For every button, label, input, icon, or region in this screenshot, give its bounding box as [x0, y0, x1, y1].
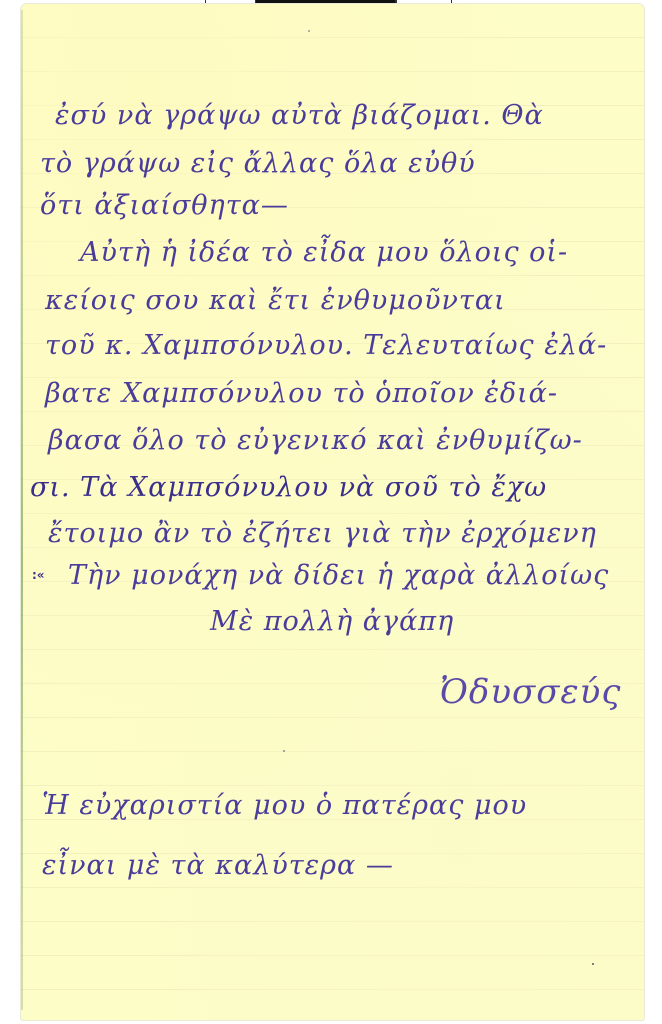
scanner-tab-left	[205, 0, 257, 3]
letter-line: Τὴν μονάχη νὰ δίδει ἡ χαρὰ ἀλλοίως	[68, 560, 609, 591]
letter-line: βασα ὅλο τὸ εὐγενικό καὶ ἐνθυμίζω-	[48, 425, 583, 456]
letter-line: ὅτι ἀξιαίσθητα—	[40, 190, 289, 221]
letter-line: τοῦ κ. Χαμπσόνυλου. Τελευταίως ἐλά-	[45, 330, 607, 361]
paper-left-edge	[21, 10, 23, 1010]
letter-closing: Μὲ πολλὴ ἀγάπη	[210, 606, 454, 637]
letter-line: κείοις σου καὶ ἔτι ἐνθυμοῦνται	[45, 285, 506, 316]
scanner-tab-right	[395, 0, 452, 3]
postscript-line: Ἡ εὐχαριστία μου ὁ πατέρας μου	[42, 790, 527, 821]
margin-quote-mark: :«	[32, 568, 45, 582]
letter-line: σι. Τὰ Χαμπσόνυλου νὰ σοῦ τὸ ἔχω	[30, 472, 547, 503]
letter-line: τὸ γράψω εἰς ἄλλας ὅλα εὐθύ	[40, 148, 476, 179]
paper-speck	[308, 30, 310, 32]
letter-line: Αὐτὴ ἡ ἰδέα τὸ εἶδα μου ὅλοις οἱ-	[80, 237, 568, 268]
letter-line: βατε Χαμπσόνυλου τὸ ὁποῖον ἐδιά-	[45, 378, 558, 409]
letter-line: ἔτοιμο ἂν τὸ ἐζήτει γιὰ τὴν ἐρχόμενη	[48, 518, 597, 549]
letter-signature: Ὀδυσσεύς	[440, 672, 621, 712]
paper-speck	[592, 963, 594, 965]
scanner-tab-dark	[255, 0, 397, 3]
paper-speck	[283, 750, 285, 752]
postscript-line: εἶναι μὲ τὰ καλύτερα —	[42, 850, 394, 881]
scanned-letter-page: ἐσύ νὰ γράψω αὐτὰ βιάζομαι. Θὰ τὸ γράψω …	[0, 0, 662, 1024]
letter-line: ἐσύ νὰ γράψω αὐτὰ βιάζομαι. Θὰ	[55, 100, 544, 131]
